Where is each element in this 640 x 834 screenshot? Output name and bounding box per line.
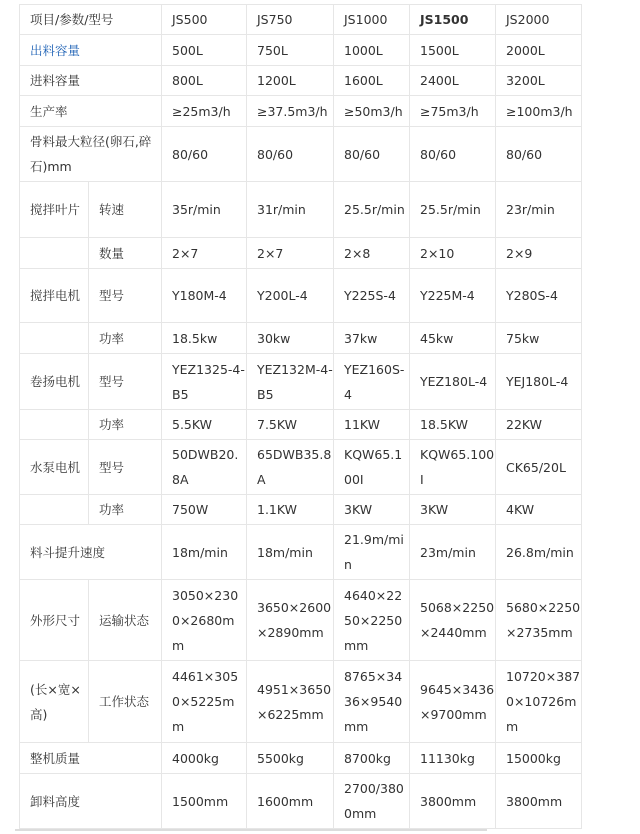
cell: ≥25m3/h: [162, 96, 247, 127]
header-label: 项目/参数/型号: [20, 5, 162, 35]
cell: 5.5KW: [162, 410, 247, 440]
cell: 1.1KW: [247, 495, 334, 525]
cell: 80/60: [334, 127, 410, 182]
cell: 750W: [162, 495, 247, 525]
cell: 11130kg: [410, 743, 496, 774]
sub-label: 型号: [89, 269, 162, 323]
cell: 22KW: [496, 410, 582, 440]
cell: 8700kg: [334, 743, 410, 774]
cell: 2×7: [247, 238, 334, 269]
cell: 10720×3870×10726mm: [496, 661, 582, 743]
cell: 2×7: [162, 238, 247, 269]
table-row: 数量 2×7 2×7 2×8 2×10 2×9: [20, 238, 582, 269]
cell: 18.5kw: [162, 323, 247, 354]
row-label: 整机质量: [20, 743, 162, 774]
group-label: 卷扬电机: [20, 354, 89, 410]
cell: Y280S-4: [496, 269, 582, 323]
cell: YEZ160S-4: [334, 354, 410, 410]
cell: 25.5r/min: [410, 182, 496, 238]
cell: ≥75m3/h: [410, 96, 496, 127]
cell: 1600L: [334, 66, 410, 96]
row-label: 进料容量: [20, 66, 162, 96]
group-label-empty: [20, 323, 89, 354]
cell: 3800mm: [496, 774, 582, 829]
cell: ≥100m3/h: [496, 96, 582, 127]
group-label: 水泵电机: [20, 440, 89, 495]
cell: 800L: [162, 66, 247, 96]
cell: 5680×2250×2735mm: [496, 580, 582, 661]
group-label: (长×宽×高): [20, 661, 89, 743]
cell: 23r/min: [496, 182, 582, 238]
table-row: 水泵电机 型号 50DWB20.8A 65DWB35.8A KQW65.100I…: [20, 440, 582, 495]
cell: 3200L: [496, 66, 582, 96]
cell: Y200L-4: [247, 269, 334, 323]
sub-label: 功率: [89, 323, 162, 354]
cell: 5500kg: [247, 743, 334, 774]
cell: 2×10: [410, 238, 496, 269]
group-label: 搅拌叶片: [20, 182, 89, 238]
cell: 50DWB20.8A: [162, 440, 247, 495]
sub-label: 功率: [89, 410, 162, 440]
cell: 5068×2250×2440mm: [410, 580, 496, 661]
cell: 45kw: [410, 323, 496, 354]
model-js1500: JS1500: [410, 5, 496, 35]
cell: YEZ132M-4-B5: [247, 354, 334, 410]
cell: 4951×3650×6225mm: [247, 661, 334, 743]
divider: [15, 829, 487, 831]
sub-label: 功率: [89, 495, 162, 525]
cell: 35r/min: [162, 182, 247, 238]
cell: KQW65.100I: [334, 440, 410, 495]
group-label-empty: [20, 410, 89, 440]
table-row: (长×宽×高) 工作状态 4461×3050×5225mm 4951×3650×…: [20, 661, 582, 743]
discharge-capacity-link[interactable]: 出料容量: [20, 35, 162, 66]
cell: 3800mm: [410, 774, 496, 829]
cell: 30kw: [247, 323, 334, 354]
cell: Y180M-4: [162, 269, 247, 323]
table-row: 功率 750W 1.1KW 3KW 3KW 4KW: [20, 495, 582, 525]
cell: 2×9: [496, 238, 582, 269]
table-row: 料斗提升速度 18m/min 18m/min 21.9m/min 23m/min…: [20, 525, 582, 580]
cell: 2400L: [410, 66, 496, 96]
sub-label: 型号: [89, 354, 162, 410]
cell: 26.8m/min: [496, 525, 582, 580]
row-label: 料斗提升速度: [20, 525, 162, 580]
cell: KQW65.100I: [410, 440, 496, 495]
cell: Y225M-4: [410, 269, 496, 323]
table-row: 搅拌电机 型号 Y180M-4 Y200L-4 Y225S-4 Y225M-4 …: [20, 269, 582, 323]
group-label: 外形尺寸: [20, 580, 89, 661]
cell: 37kw: [334, 323, 410, 354]
table-row: 卷扬电机 型号 YEZ1325-4-B5 YEZ132M-4-B5 YEZ160…: [20, 354, 582, 410]
cell: 9645×3436×9700mm: [410, 661, 496, 743]
group-label: 搅拌电机: [20, 269, 89, 323]
cell: 3KW: [410, 495, 496, 525]
cell: 2700/3800mm: [334, 774, 410, 829]
cell: 2000L: [496, 35, 582, 66]
cell: YEJ180L-4: [496, 354, 582, 410]
cell: 80/60: [247, 127, 334, 182]
cell: 3KW: [334, 495, 410, 525]
table-row: 出料容量 500L 750L 1000L 1500L 2000L: [20, 35, 582, 66]
table-row: 外形尺寸 运输状态 3050×2300×2680mm 3650×2600×289…: [20, 580, 582, 661]
cell: 3050×2300×2680mm: [162, 580, 247, 661]
sub-label: 运输状态: [89, 580, 162, 661]
cell: Y225S-4: [334, 269, 410, 323]
cell: ≥37.5m3/h: [247, 96, 334, 127]
cell: 500L: [162, 35, 247, 66]
cell: 21.9m/min: [334, 525, 410, 580]
cell: 1000L: [334, 35, 410, 66]
row-label: 卸料高度: [20, 774, 162, 829]
cell: 3650×2600×2890mm: [247, 580, 334, 661]
cell: 4KW: [496, 495, 582, 525]
cell: 65DWB35.8A: [247, 440, 334, 495]
cell: 15000kg: [496, 743, 582, 774]
model-js2000: JS2000: [496, 5, 582, 35]
cell: 1500mm: [162, 774, 247, 829]
spec-table: 项目/参数/型号 JS500 JS750 JS1000 JS1500 JS200…: [19, 4, 582, 829]
table-row: 功率 18.5kw 30kw 37kw 45kw 75kw: [20, 323, 582, 354]
table-row: 卸料高度 1500mm 1600mm 2700/3800mm 3800mm 38…: [20, 774, 582, 829]
cell: 1500L: [410, 35, 496, 66]
row-label: 骨料最大粒径(卵石,碎石)mm: [20, 127, 162, 182]
cell: 18m/min: [247, 525, 334, 580]
model-js1000: JS1000: [334, 5, 410, 35]
table-row: 搅拌叶片 转速 35r/min 31r/min 25.5r/min 25.5r/…: [20, 182, 582, 238]
cell: 80/60: [162, 127, 247, 182]
sub-label: 型号: [89, 440, 162, 495]
model-js750: JS750: [247, 5, 334, 35]
cell: 4640×2250×2250mm: [334, 580, 410, 661]
table-row: 整机质量 4000kg 5500kg 8700kg 11130kg 15000k…: [20, 743, 582, 774]
model-js500: JS500: [162, 5, 247, 35]
cell: 11KW: [334, 410, 410, 440]
cell: 4461×3050×5225mm: [162, 661, 247, 743]
group-label-empty: [20, 238, 89, 269]
cell: 25.5r/min: [334, 182, 410, 238]
cell: 18.5KW: [410, 410, 496, 440]
cell: 4000kg: [162, 743, 247, 774]
cell: 750L: [247, 35, 334, 66]
cell: 1200L: [247, 66, 334, 96]
table-row: 功率 5.5KW 7.5KW 11KW 18.5KW 22KW: [20, 410, 582, 440]
sub-label: 转速: [89, 182, 162, 238]
cell: 75kw: [496, 323, 582, 354]
cell: 2×8: [334, 238, 410, 269]
cell: YEZ180L-4: [410, 354, 496, 410]
cell: 80/60: [410, 127, 496, 182]
group-label-empty: [20, 495, 89, 525]
cell: ≥50m3/h: [334, 96, 410, 127]
sub-label: 工作状态: [89, 661, 162, 743]
cell: YEZ1325-4-B5: [162, 354, 247, 410]
cell: 80/60: [496, 127, 582, 182]
row-label: 生产率: [20, 96, 162, 127]
cell: 18m/min: [162, 525, 247, 580]
header-row: 项目/参数/型号 JS500 JS750 JS1000 JS1500 JS200…: [20, 5, 582, 35]
table-row: 骨料最大粒径(卵石,碎石)mm 80/60 80/60 80/60 80/60 …: [20, 127, 582, 182]
cell: 23m/min: [410, 525, 496, 580]
cell: 7.5KW: [247, 410, 334, 440]
sub-label: 数量: [89, 238, 162, 269]
table-row: 进料容量 800L 1200L 1600L 2400L 3200L: [20, 66, 582, 96]
table-row: 生产率 ≥25m3/h ≥37.5m3/h ≥50m3/h ≥75m3/h ≥1…: [20, 96, 582, 127]
cell: 1600mm: [247, 774, 334, 829]
cell: 31r/min: [247, 182, 334, 238]
cell: 8765×3436×9540mm: [334, 661, 410, 743]
cell: CK65/20L: [496, 440, 582, 495]
